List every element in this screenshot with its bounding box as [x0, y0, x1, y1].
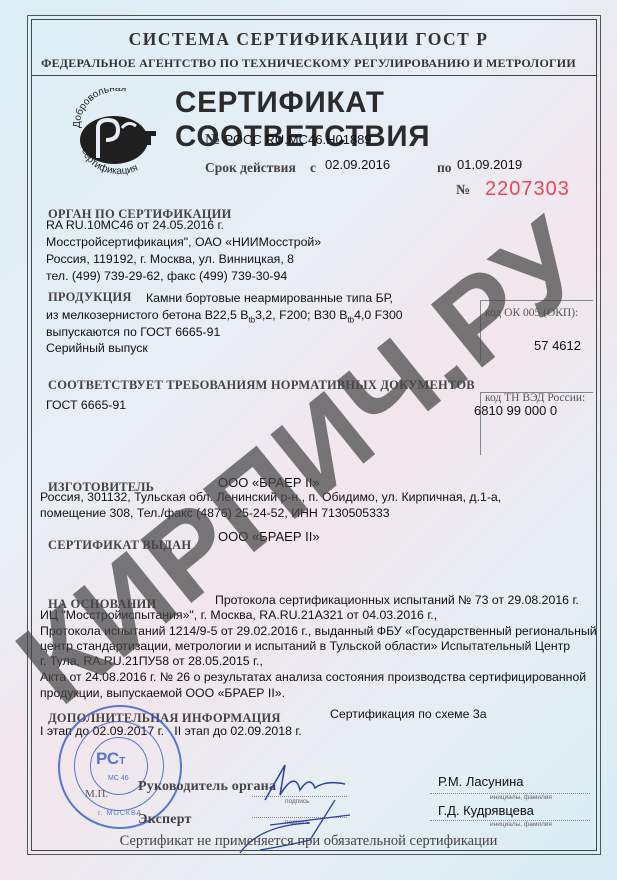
- expert-label: Эксперт: [138, 812, 192, 828]
- stamp-code: МС 46: [108, 775, 129, 782]
- tnved-value: 6810 99 000 0: [474, 402, 557, 419]
- head-name: Р.М. Ласунина: [438, 773, 524, 790]
- validity-to-label: по: [437, 160, 452, 176]
- expert-name-caption: инициалы, фамилия: [490, 821, 552, 828]
- seal-label: М.П.: [85, 788, 108, 800]
- number-prefix: №: [205, 132, 220, 148]
- product-label: ПРОДУКЦИЯ: [48, 290, 132, 305]
- stamp-city: г. МОСКВА: [98, 810, 142, 817]
- header-divider: [31, 75, 597, 76]
- certification-body-line: Россия, 119192, г. Москва, ул. Винницкая…: [46, 251, 294, 268]
- certificate-number: РОСС RU.МС46.Н01889: [225, 132, 372, 147]
- agency-title: ФЕДЕРАЛЬНОЕ АГЕНТСТВО ПО ТЕХНИЧЕСКОМУ РЕ…: [0, 56, 617, 71]
- validity-label: Срок действия: [205, 160, 296, 176]
- stamp-rst-icon: РСТ: [96, 749, 125, 769]
- rst-logo-icon: Добровольная сертификация: [62, 88, 172, 188]
- product-line: Серийный выпуск: [46, 340, 148, 357]
- blank-number-prefix: №: [456, 183, 470, 199]
- validity-from-label: с: [310, 160, 316, 176]
- validity-to-date: 01.09.2019: [457, 156, 522, 173]
- system-title: СИСТЕМА СЕРТИФИКАЦИИ ГОСТ Р: [0, 29, 617, 50]
- compliance-document: ГОСТ 6665-91: [46, 397, 126, 414]
- certification-scheme: Сертификация по схеме 3а: [330, 706, 487, 723]
- validity-from-date: 02.09.2016: [325, 156, 390, 173]
- certificate-number-row: № РОСС RU.МС46.Н01889: [205, 131, 372, 149]
- rst-logo: Добровольная сертификация: [62, 88, 172, 188]
- footer-note: Сертификат не применяется при обязательн…: [0, 833, 617, 850]
- certification-body-line: RA RU.10МС46 от 24.05.2016 г.: [46, 217, 224, 234]
- head-name-caption: инициалы, фамилия: [490, 794, 552, 801]
- expert-name: Г.Д. Кудрявцева: [438, 802, 534, 819]
- certification-body-line: тел. (499) 739-29-62, факс (499) 739-30-…: [46, 268, 287, 285]
- product-line: выпускаются по ГОСТ 6665-91: [46, 324, 220, 341]
- product-line: Камни бортовые неармированные типа БР,: [146, 290, 393, 307]
- certification-body-line: Мосстройсертификация", ОАО «НИИМосстрой»: [46, 234, 321, 251]
